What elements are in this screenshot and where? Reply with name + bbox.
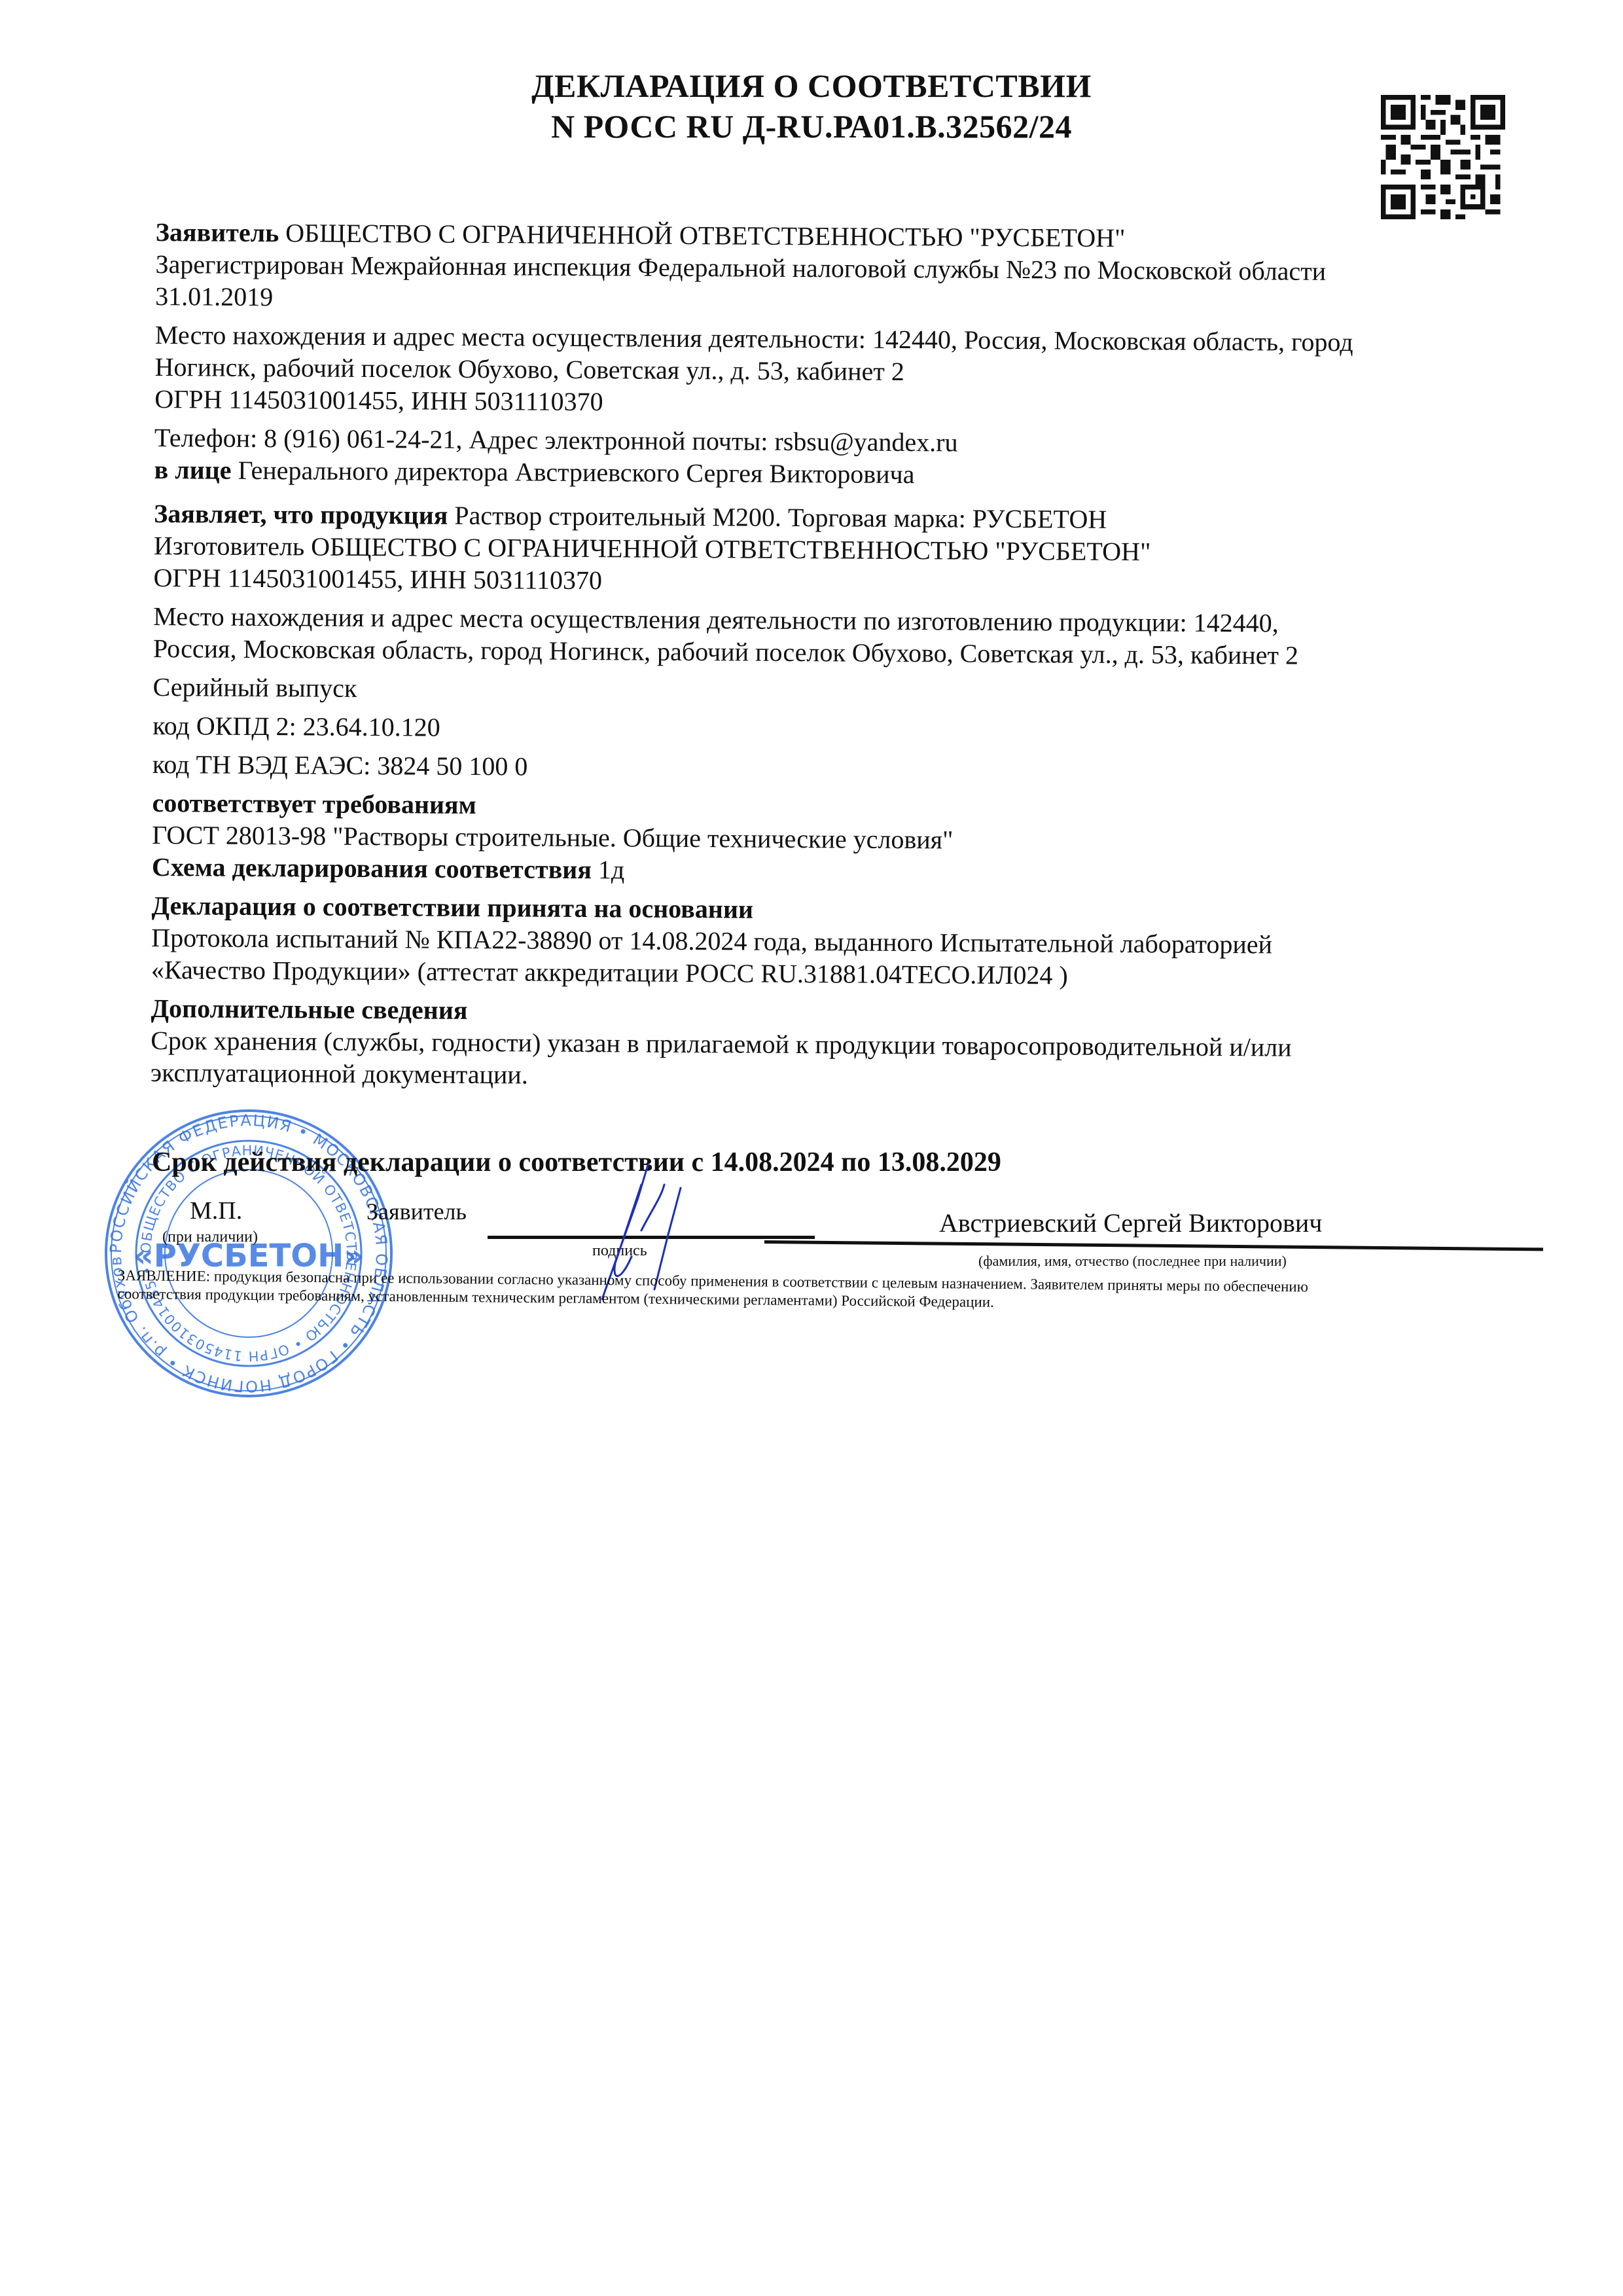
signer-name-line xyxy=(764,1240,1543,1251)
tnved-code: код ТН ВЭД ЕАЭС: 3824 50 100 0 xyxy=(152,748,1540,789)
declaration-body: Заявитель ОБЩЕСТВО С ОГРАНИЧЕННОЙ ОТВЕТС… xyxy=(151,216,1543,1097)
product-label: Заявляет, что продукция xyxy=(154,499,448,530)
applicant-signature-label: Заявитель xyxy=(366,1198,467,1225)
applicant-label: Заявитель xyxy=(156,217,279,247)
represented-label: в лице xyxy=(154,455,231,485)
declaration-number: N РОСС RU Д-RU.РА01.В.32562/24 xyxy=(0,106,1623,147)
product-description: Раствор строительный М200. Торговая марк… xyxy=(454,501,1107,534)
qr-code-icon[interactable] xyxy=(1381,95,1505,219)
signer-caption: (фамилия, имя, отчество (последнее при н… xyxy=(978,1253,1287,1270)
scheme-label: Схема декларирования соответствия xyxy=(152,852,592,884)
applicant-name: ОБЩЕСТВО С ОГРАНИЧЕННОЙ ОТВЕТСТВЕННОСТЬЮ… xyxy=(285,218,1125,253)
signer-name: Австриевский Сергей Викторович xyxy=(939,1208,1322,1238)
scheme-value: 1д xyxy=(598,855,625,884)
seal-label: М.П. xyxy=(190,1196,242,1225)
okpd2-code: код ОКПД 2: 23.64.10.120 xyxy=(152,709,1540,750)
seal-note: (при наличии) xyxy=(162,1229,258,1246)
title-line-1: ДЕКЛАРАЦИЯ О СООТВЕТСТВИИ xyxy=(0,65,1623,106)
represented-by: Генерального директора Австриевского Сер… xyxy=(238,456,914,489)
document-title: ДЕКЛАРАЦИЯ О СООТВЕТСТВИИ N РОСС RU Д-RU… xyxy=(0,65,1623,147)
release-type: Серийный выпуск xyxy=(152,671,1540,711)
